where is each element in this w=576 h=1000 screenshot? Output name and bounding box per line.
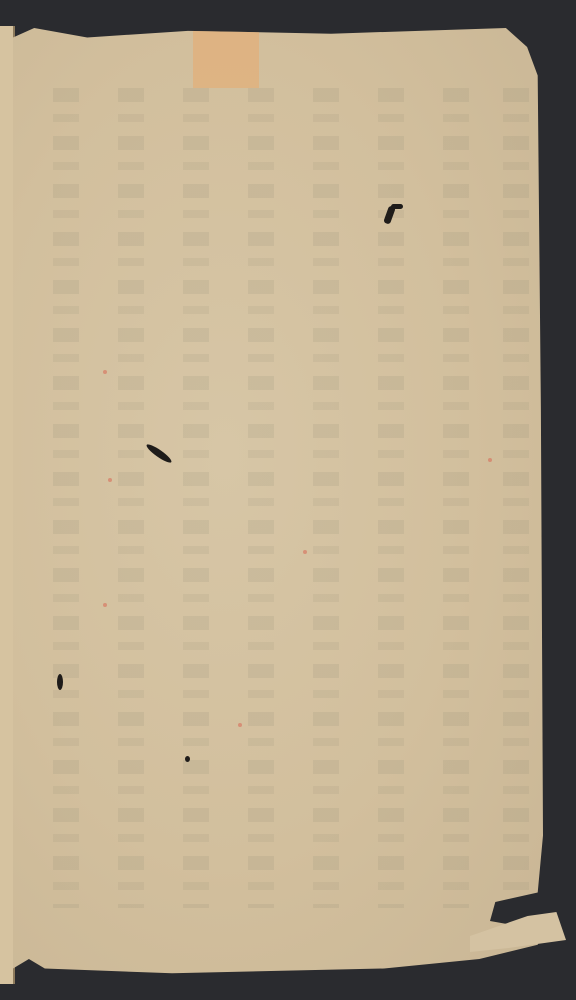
bleed-through-text-column [118, 88, 144, 908]
manuscript-page [13, 28, 543, 978]
scan-background [0, 0, 576, 1000]
bleed-through-text-column [183, 88, 209, 908]
ink-mark [145, 442, 174, 465]
bleed-through-text-column [313, 88, 339, 908]
fiber-speck [488, 458, 492, 462]
ink-mark [57, 674, 63, 690]
fiber-speck [103, 603, 107, 607]
bleed-through-text-column [503, 88, 529, 908]
fiber-speck [103, 370, 107, 374]
bleed-through-text-column [248, 88, 274, 908]
adjacent-page-edge [0, 26, 15, 984]
seal-stamp [193, 20, 259, 88]
ink-mark [391, 204, 403, 209]
ink-mark [185, 756, 190, 762]
fiber-speck [238, 723, 242, 727]
bleed-through-text-column [53, 88, 79, 908]
bleed-through-text-column [443, 88, 469, 908]
fiber-speck [303, 550, 307, 554]
fiber-speck [108, 478, 112, 482]
